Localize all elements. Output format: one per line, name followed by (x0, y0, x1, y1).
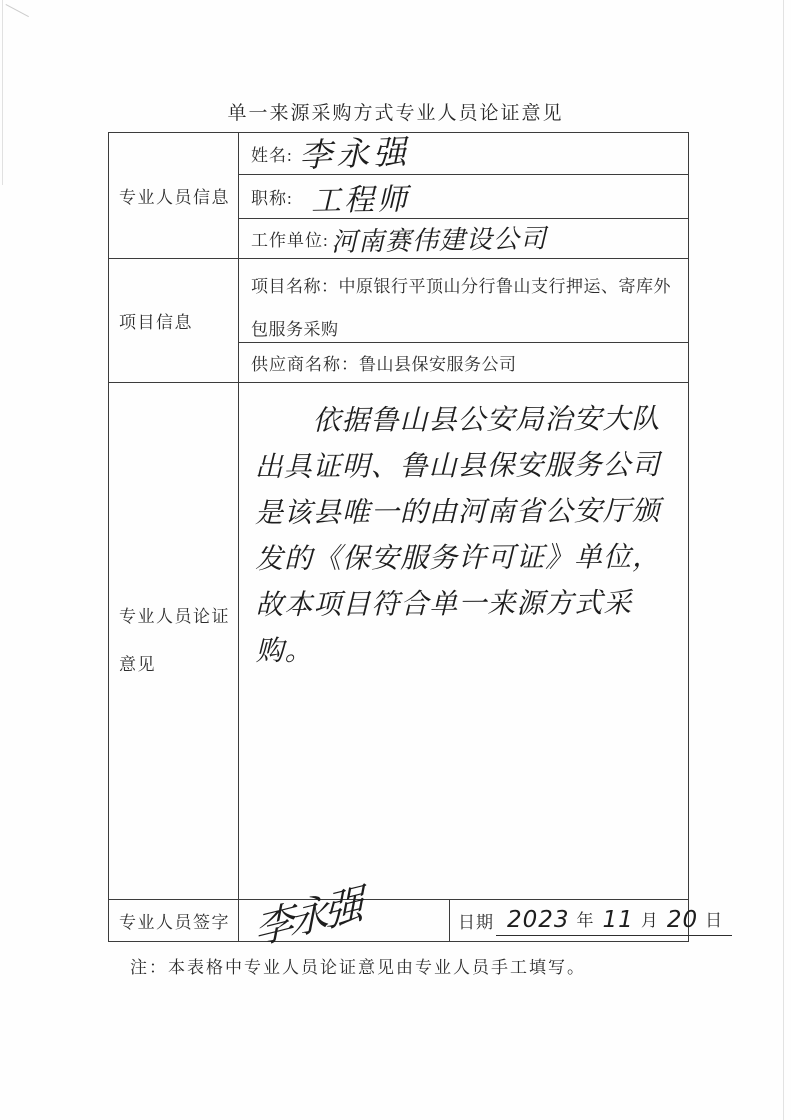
date-label: 日期 (458, 908, 494, 933)
date-month-suffix: 月 (641, 906, 660, 931)
date-filled-line: 2023 年 11 月 20 日 (496, 906, 732, 936)
date-year-suffix: 年 (577, 906, 596, 931)
opinion-handwritten-text: 依据鲁山县公安局治安大队出具证明、鲁山县保安服务公司是该县唯一的由河南省公安厅颁… (254, 396, 676, 674)
work-unit-row: 工作单位: 河南赛伟建设公司 (239, 219, 688, 258)
work-unit-handwritten-value: 河南赛伟建设公司 (330, 218, 547, 259)
personnel-info-rowgroup: 专业人员信息 姓名: 李永强 职称: 工程师 工作单位: 河南赛伟建设公司 (109, 133, 688, 259)
personnel-info-label: 专业人员信息 (109, 133, 239, 258)
job-title-handwritten-value: 工程师 (310, 174, 410, 220)
job-title-label: 职称: (251, 184, 293, 209)
work-unit-label: 工作单位: (251, 226, 329, 251)
project-info-rowgroup: 项目信息 项目名称：中原银行平顶山分行鲁山支行押运、寄库外包服务采购 供应商名称… (109, 259, 688, 383)
opinion-label: 专业人员论证意见 (109, 383, 239, 899)
date-year-handwritten: 2023 (507, 907, 570, 933)
date-day-handwritten: 20 (667, 907, 698, 933)
opinion-content-cell: 依据鲁山县公安局治安大队出具证明、鲁山县保安服务公司是该县唯一的由河南省公安厅颁… (239, 383, 688, 899)
name-handwritten-value: 李永强 (298, 126, 411, 177)
project-name-row: 项目名称：中原银行平顶山分行鲁山支行押运、寄库外包服务采购 (239, 259, 688, 343)
scan-artifact-right-edge (783, 0, 784, 1120)
scan-artifact-left-edge (2, 0, 3, 185)
job-title-row: 职称: 工程师 (239, 175, 688, 219)
name-label: 姓名: (251, 141, 293, 166)
scan-artifact-corner (6, 4, 29, 17)
project-info-label: 项目信息 (109, 259, 239, 382)
argumentation-form-table: 专业人员信息 姓名: 李永强 职称: 工程师 工作单位: 河南赛伟建设公司 项目… (108, 132, 689, 942)
document-title: 单一来源采购方式专业人员论证意见 (0, 98, 791, 125)
supplier-name-row: 供应商名称： 鲁山县保安服务公司 (239, 343, 688, 382)
signature-rowgroup: 专业人员签字 李永强 日期 2023 年 11 月 20 日 (109, 900, 688, 941)
opinion-rowgroup: 专业人员论证意见 依据鲁山县公安局治安大队出具证明、鲁山县保安服务公司是该县唯一… (109, 383, 688, 900)
signature-cell: 李永强 (239, 900, 450, 941)
personnel-info-fields: 姓名: 李永强 职称: 工程师 工作单位: 河南赛伟建设公司 (239, 133, 688, 258)
signature-label: 专业人员签字 (109, 900, 239, 941)
date-day-suffix: 日 (705, 906, 724, 931)
date-cell: 日期 2023 年 11 月 20 日 (450, 900, 688, 941)
name-row: 姓名: 李永强 (239, 133, 688, 175)
project-name-label: 项目名称： (251, 277, 339, 296)
footnote: 注：本表格中专业人员论证意见由专业人员手工填写。 (130, 953, 586, 978)
supplier-name-label: 供应商名称： (251, 350, 359, 375)
supplier-name-value: 鲁山县保安服务公司 (359, 350, 517, 375)
project-info-fields: 项目名称：中原银行平顶山分行鲁山支行押运、寄库外包服务采购 供应商名称： 鲁山县… (239, 259, 688, 382)
scanned-document-page: 单一来源采购方式专业人员论证意见 专业人员信息 姓名: 李永强 职称: 工程师 … (0, 0, 791, 1120)
date-month-handwritten: 11 (603, 907, 634, 933)
